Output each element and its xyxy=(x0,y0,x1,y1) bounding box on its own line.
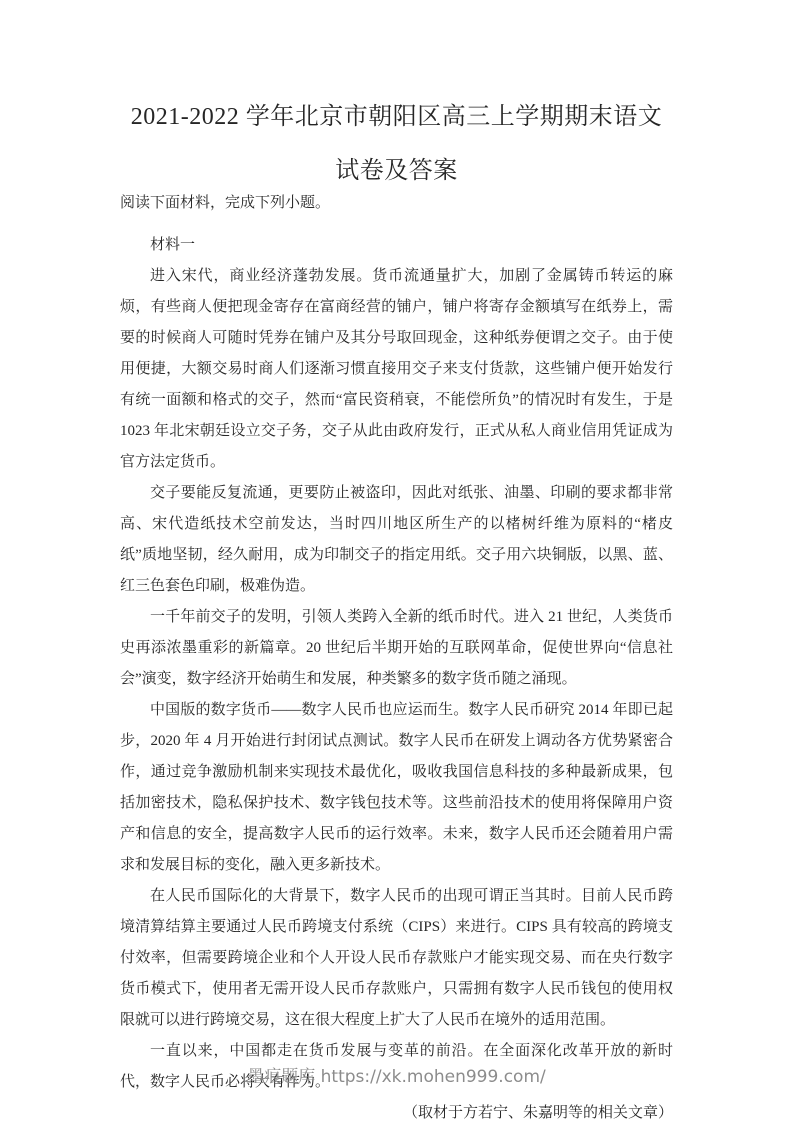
watermark-site-name: 墨痕题库 xyxy=(247,1067,315,1087)
material-one-label: 材料一 xyxy=(120,230,673,261)
document-content: 2021-2022 学年北京市朝阳区高三上学期期末语文试卷及答案 阅读下面材料，… xyxy=(120,90,673,1122)
material-paragraph-1: 进入宋代，商业经济蓬勃发展。货币流通量扩大，加剧了金属铸币转运的麻烦，有些商人便… xyxy=(120,261,673,478)
material-paragraph-4: 中国版的数字货币——数字人民币也应运而生。数字人民币研究 2014 年即已起步，… xyxy=(120,695,673,881)
watermark-site-url: https://xk.mohen999.com/ xyxy=(321,1067,546,1087)
document-title: 2021-2022 学年北京市朝阳区高三上学期期末语文试卷及答案 xyxy=(120,90,673,198)
watermark-footer: 墨痕题库 https://xk.mohen999.com/ xyxy=(0,1062,793,1087)
material-paragraph-2: 交子要能反复流通，更要防止被盗印，因此对纸张、油墨、印刷的要求都非常高、宋代造纸… xyxy=(120,478,673,602)
material-paragraph-5: 在人民币国际化的大背景下，数字人民币的出现可谓正当其时。目前人民币跨境清算结算主… xyxy=(120,881,673,1036)
document-page: 2021-2022 学年北京市朝阳区高三上学期期末语文试卷及答案 阅读下面材料，… xyxy=(0,0,793,1122)
source-attribution: （取材于方若宁、朱嘉明等的相关文章） xyxy=(120,1098,673,1122)
material-paragraph-3: 一千年前交子的发明，引领人类跨入全新的纸币时代。进入 21 世纪，人类货币史再添… xyxy=(120,602,673,695)
